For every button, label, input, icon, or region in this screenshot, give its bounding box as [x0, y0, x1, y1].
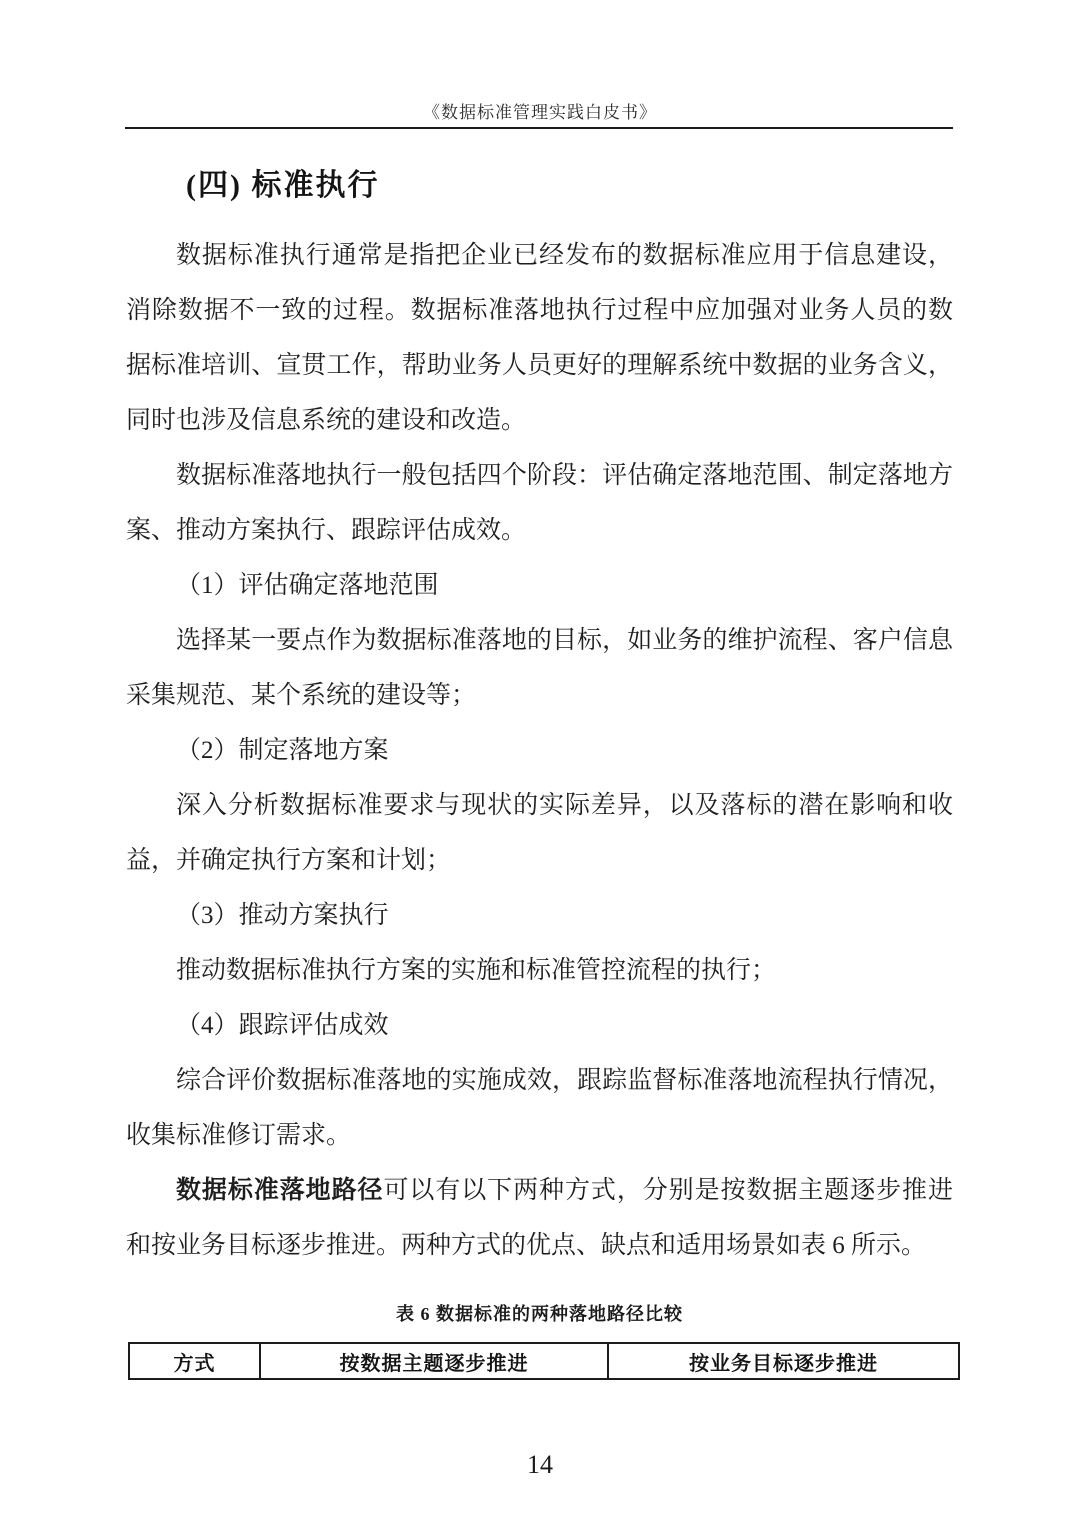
- text-line: 推动数据标准执行方案的实施和标准管控流程的执行；: [126, 943, 953, 998]
- text-line: 数据标准执行通常是指把企业已经发布的数据标准应用于信息建设，: [126, 228, 953, 283]
- text-line: 案、推动方案执行、跟踪评估成效。: [126, 503, 953, 558]
- comparison-table: 方式 按数据主题逐步推进 按业务目标逐步推进: [128, 1342, 960, 1380]
- table-header-row: 方式 按数据主题逐步推进 按业务目标逐步推进: [129, 1343, 959, 1379]
- numbered-item-4: （4）跟踪评估成效: [126, 998, 953, 1053]
- text-line: 综合评价数据标准落地的实施成效，跟踪监督标准落地流程执行情况，: [126, 1053, 953, 1108]
- body-text: 数据标准执行通常是指把企业已经发布的数据标准应用于信息建设， 消除数据不一致的过…: [126, 228, 953, 1273]
- table-caption: 表 6 数据标准的两种落地路径比较: [126, 1300, 953, 1326]
- text-run: 可以有以下两种方式，分别是按数据主题逐步推进: [383, 1177, 953, 1204]
- text-line: 收集标准修订需求。: [126, 1108, 953, 1163]
- table-header-by-business-goal: 按业务目标逐步推进: [608, 1343, 959, 1379]
- document-page: 《数据标准管理实践白皮书》 (四) 标准执行 数据标准执行通常是指把企业已经发布…: [0, 0, 1080, 1526]
- bold-run: 数据标准落地路径: [176, 1177, 383, 1204]
- text-line: 数据标准落地路径可以有以下两种方式，分别是按数据主题逐步推进: [126, 1163, 953, 1218]
- text-line: 同时也涉及信息系统的建设和改造。: [126, 393, 953, 448]
- running-header-title: 《数据标准管理实践白皮书》: [0, 98, 1080, 123]
- section-heading: (四) 标准执行: [186, 160, 379, 204]
- text-line: 选择某一要点作为数据标准落地的目标，如业务的维护流程、客户信息: [126, 613, 953, 668]
- numbered-item-1: （1）评估确定落地范围: [126, 558, 953, 613]
- table-header-method: 方式: [129, 1343, 260, 1379]
- header-rule: [125, 127, 953, 129]
- text-line: 深入分析数据标准要求与现状的实际差异，以及落标的潜在影响和收: [126, 778, 953, 833]
- text-line: 益，并确定执行方案和计划；: [126, 833, 953, 888]
- text-line: 和按业务目标逐步推进。两种方式的优点、缺点和适用场景如表 6 所示。: [126, 1218, 953, 1273]
- text-line: 消除数据不一致的过程。数据标准落地执行过程中应加强对业务人员的数: [126, 283, 953, 338]
- numbered-item-2: （2）制定落地方案: [126, 723, 953, 778]
- text-line: 据标准培训、宣贯工作，帮助业务人员更好的理解系统中数据的业务含义，: [126, 338, 953, 393]
- numbered-item-3: （3）推动方案执行: [126, 888, 953, 943]
- table-header-by-data-subject: 按数据主题逐步推进: [260, 1343, 608, 1379]
- text-line: 采集规范、某个系统的建设等；: [126, 668, 953, 723]
- page-number: 14: [0, 1450, 1080, 1480]
- text-line: 数据标准落地执行一般包括四个阶段：评估确定落地范围、制定落地方: [126, 448, 953, 503]
